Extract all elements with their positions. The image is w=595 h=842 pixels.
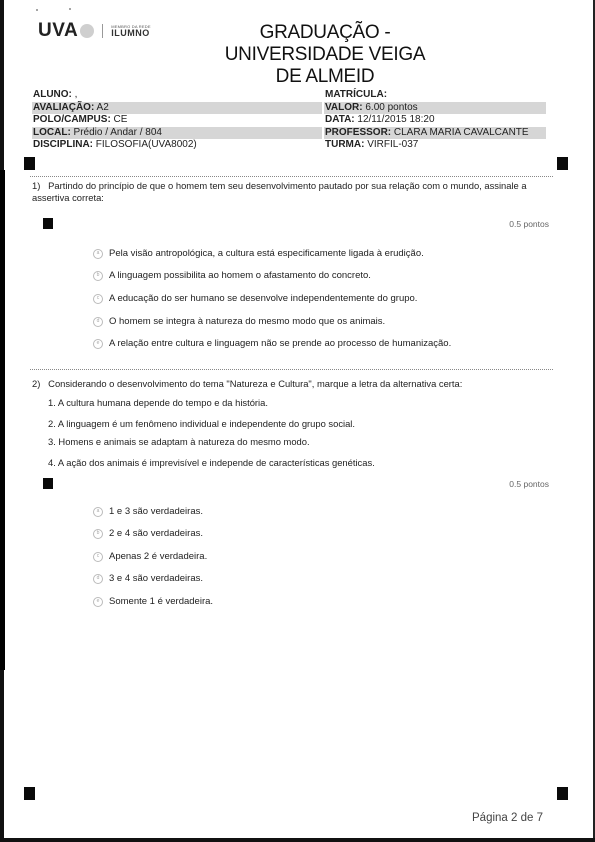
uva-logo: UVA MEMBRO DA REDE ILUMNO (38, 20, 151, 42)
question-2-option-d[interactable]: d 3 e 4 são verdadeiras. (93, 573, 203, 584)
radio-icon[interactable]: d (93, 574, 103, 584)
page-title: GRADUAÇÃO - UNIVERSIDADE VEIGA DE ALMEID (200, 22, 450, 88)
question-1-option-b[interactable]: b A linguagem possibilita ao homem o afa… (93, 270, 371, 281)
radio-icon[interactable]: c (93, 294, 103, 304)
student-info-left: ALUNO: , AVALIAÇÃO: A2 POLO/CAMPUS: CE L… (32, 89, 322, 152)
question-2-option-c[interactable]: c Apenas 2 é verdadeira. (93, 551, 207, 562)
scan-speck (69, 8, 71, 10)
scan-edge-bottom (0, 838, 595, 842)
radio-icon[interactable]: c (93, 552, 103, 562)
scan-speck (36, 9, 38, 11)
statement: 2. A linguagem é um fenômeno individual … (48, 418, 355, 429)
question-points: 0.5 pontos (509, 219, 549, 229)
registration-marker (557, 787, 568, 800)
option-text: Somente 1 é verdadeira. (109, 596, 213, 607)
option-text: A relação entre cultura e linguagem não … (109, 338, 451, 349)
question-points: 0.5 pontos (509, 479, 549, 489)
registration-marker (557, 157, 568, 170)
title-line: GRADUAÇÃO - (200, 22, 450, 44)
option-text: 3 e 4 são verdadeiras. (109, 573, 203, 584)
statement: 4. A ação dos animais é imprevisível e i… (48, 457, 375, 468)
info-local: LOCAL: Prédio / Andar / 804 (32, 127, 322, 140)
logo-divider (102, 24, 103, 38)
registration-marker (24, 157, 35, 170)
radio-icon[interactable]: b (93, 529, 103, 539)
radio-icon[interactable]: a (93, 507, 103, 517)
statement: 1. A cultura humana depende do tempo e d… (48, 397, 268, 408)
question-2-option-b[interactable]: b 2 e 4 são verdadeiras. (93, 528, 203, 539)
registration-marker (24, 787, 35, 800)
student-info-right: MATRÍCULA: VALOR: 6.00 pontos DATA: 12/1… (324, 89, 546, 152)
radio-icon[interactable]: e (93, 597, 103, 607)
question-1-option-d[interactable]: d O homem se integra à natureza do mesmo… (93, 316, 385, 327)
question-text: Partindo do princípio de que o homem tem… (32, 180, 527, 203)
question-2: 2) Considerando o desenvolvimento do tem… (32, 378, 552, 390)
question-marker (43, 478, 53, 489)
page-number: Página 2 de 7 (472, 812, 543, 824)
question-1-option-c[interactable]: c A educação do ser humano se desenvolve… (93, 293, 417, 304)
option-text: 1 e 3 são verdadeiras. (109, 506, 203, 517)
logo-circle-icon (80, 24, 94, 38)
title-line: DE ALMEID (200, 66, 450, 88)
question-1-option-a[interactable]: a Pela visão antropológica, a cultura es… (93, 248, 424, 259)
info-professor: PROFESSOR: CLARA MARIA CAVALCANTE (324, 127, 546, 140)
question-divider (30, 369, 553, 370)
question-divider (30, 176, 553, 177)
info-polo-campus: POLO/CAMPUS: CE (32, 114, 322, 127)
question-1: 1) Partindo do princípio de que o homem … (32, 180, 552, 203)
info-matricula: MATRÍCULA: (324, 89, 546, 102)
info-disciplina: DISCIPLINA: FILOSOFIA(UVA8002) (32, 139, 322, 152)
option-text: A linguagem possibilita ao homem o afast… (109, 270, 371, 281)
question-2-option-e[interactable]: e Somente 1 é verdadeira. (93, 596, 213, 607)
radio-icon[interactable]: b (93, 271, 103, 281)
question-text: Considerando o desenvolvimento do tema "… (48, 378, 462, 389)
title-line: UNIVERSIDADE VEIGA (200, 44, 450, 66)
radio-icon[interactable]: d (93, 317, 103, 327)
radio-icon[interactable]: a (93, 249, 103, 259)
info-data: DATA: 12/11/2015 18:20 (324, 114, 546, 127)
question-number: 1) (32, 180, 40, 191)
logo-network: MEMBRO DA REDE ILUMNO (111, 25, 150, 38)
option-text: O homem se integra à natureza do mesmo m… (109, 316, 385, 327)
info-valor: VALOR: 6.00 pontos (324, 102, 546, 115)
option-text: A educação do ser humano se desenvolve i… (109, 293, 417, 304)
logo-network-name: ILUMNO (111, 29, 150, 38)
option-text: Pela visão antropológica, a cultura está… (109, 248, 424, 259)
question-1-option-e[interactable]: e A relação entre cultura e linguagem nã… (93, 338, 451, 349)
scan-edge-left-dark (0, 170, 5, 670)
question-2-option-a[interactable]: a 1 e 3 são verdadeiras. (93, 506, 203, 517)
info-avaliacao: AVALIAÇÃO: A2 (32, 102, 322, 115)
option-text: 2 e 4 são verdadeiras. (109, 528, 203, 539)
question-marker (43, 218, 53, 229)
info-turma: TURMA: VIRFIL-037 (324, 139, 546, 152)
option-text: Apenas 2 é verdadeira. (109, 551, 207, 562)
logo-brand: UVA (38, 20, 78, 42)
statement: 3. Homens e animais se adaptam à naturez… (48, 436, 310, 447)
radio-icon[interactable]: e (93, 339, 103, 349)
info-aluno: ALUNO: , (32, 89, 322, 102)
question-number: 2) (32, 378, 40, 389)
